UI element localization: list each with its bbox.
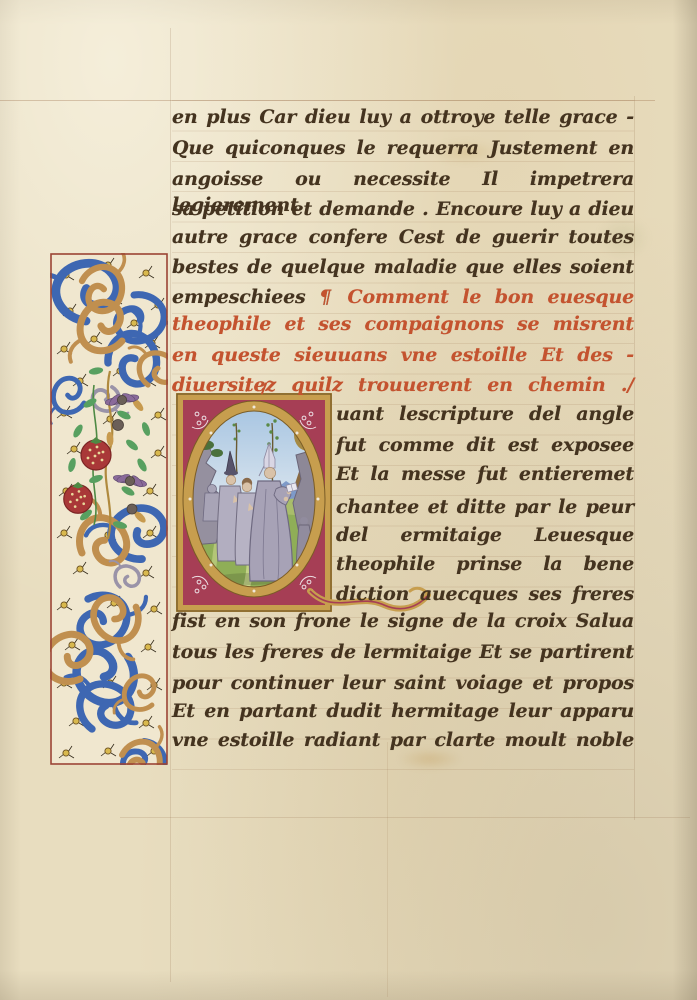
text-line-7-ink: empeschiees	[172, 286, 306, 308]
text-line-6: bestes de quelque maladie que elles soie…	[172, 254, 634, 281]
text-line-18: fist en son frone le signe de la croix S…	[172, 608, 634, 635]
text-line-17: diction auecques ses freres	[336, 581, 634, 608]
ruling-line-bottom	[120, 817, 690, 818]
text-line-22: vne estoille radiant par clarte moult no…	[172, 727, 634, 754]
text-line-1: en plus Car dieu luy a ottroye telle gra…	[172, 104, 634, 131]
text-line-19: tous les freres de lermitaige Et se part…	[172, 639, 634, 666]
rubric-line-2: theophile et ses compaignons se misrent	[172, 311, 634, 338]
ruling-line-right-margin	[634, 96, 635, 820]
rubric-paraph: ¶	[319, 286, 331, 308]
text-line-16: theophile prinse la bene	[336, 551, 634, 578]
text-line-11: uant lescripture del angle	[336, 401, 634, 428]
text-line-12: fut comme dit est exposee	[336, 432, 634, 459]
text-line-14: chantee et ditte par le peur	[336, 494, 634, 521]
rubric-heading-start: Comment le bon euesque	[348, 286, 634, 308]
text-line-3: angoisse ou necessite Il impetrera legie…	[172, 166, 634, 193]
rubric-line-3: en queste sieuuans vne estoille Et des -	[172, 342, 634, 369]
historiated-initial-Q	[176, 393, 332, 612]
text-line-20: pour continuer leur saint voiage et prop…	[172, 670, 634, 697]
text-line-13: Et la messe fut entieremet	[336, 461, 634, 488]
ruling-line-top	[0, 100, 655, 101]
text-line-15: del ermitaige Leuesque	[336, 522, 634, 549]
text-line-4: sa petition et demande . Encoure luy a d…	[172, 196, 634, 223]
rubric-line-4: diuersitez quilz trouuerent en chemin ./	[172, 372, 634, 399]
ruling-line-left-margin	[170, 28, 171, 982]
text-line-2: Que quiconques le requerra Justement en	[172, 135, 634, 162]
floral-border	[50, 253, 168, 765]
seed-head	[127, 504, 137, 514]
manuscript-page: en plus Car dieu luy a ottroye telle gra…	[0, 0, 697, 1000]
text-line-5: autre grace confere Cest de guerir toute…	[172, 224, 634, 251]
seed-head	[113, 420, 124, 431]
text-line-21: Et en partant dudit hermitage leur appar…	[172, 698, 634, 725]
text-line-7: empeschiees ¶ Comment le bon euesque	[172, 284, 634, 311]
parchment-crease	[387, 742, 388, 997]
